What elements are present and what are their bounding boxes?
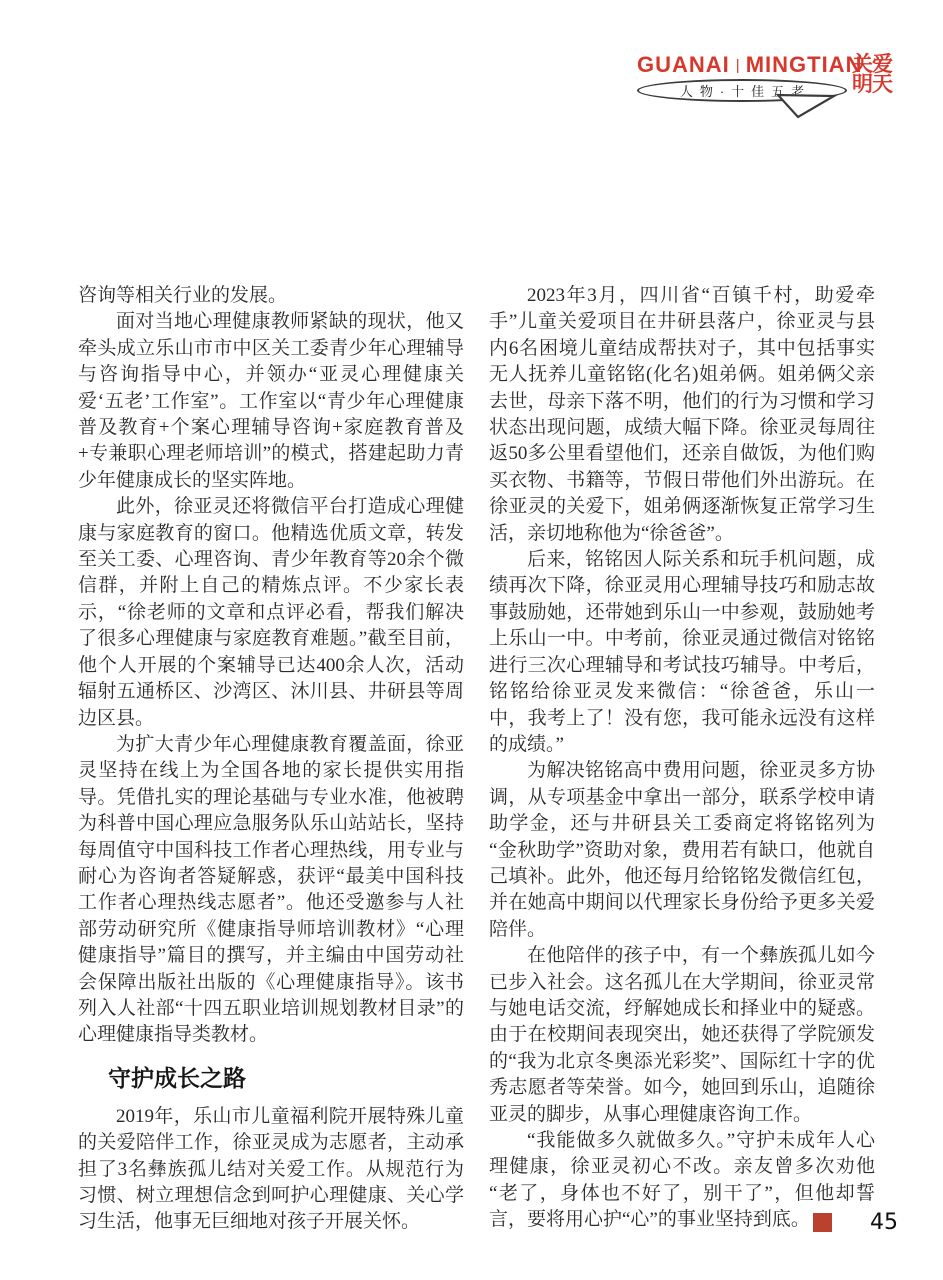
paragraph: 为解决铭铭高中费用问题，徐亚灵多方协调，从专项基金中拿出一部分，联系学校申请助学… (489, 758, 875, 943)
speech-bubble-tail-icon (770, 93, 840, 123)
paragraph: 在他陪伴的孩子中，有一个彝族孤儿如今已步入社会。这名孤儿在大学期间，徐亚灵常与她… (489, 943, 875, 1128)
paragraph: 2023年3月，四川省“百镇千村，助爱牵手”儿童关爱项目在井研县落户，徐亚灵与县… (489, 283, 875, 547)
paragraph: 面对当地心理健康教师紧缺的现状，他又牵头成立乐山市市中区关工委青少年心理辅导与咨… (78, 309, 464, 494)
masthead-mingtian: MINGTIAN (746, 52, 863, 77)
brand-logo-line2: 明天 (852, 75, 896, 95)
magazine-page: GUANAI|MINGTIAN 人物·十佳五老 关爱 明天 咨询等相关行业的发展… (0, 0, 943, 1280)
section-heading: 守护成长之路 (108, 1064, 464, 1092)
brand-logo: 关爱 明天 (852, 55, 896, 95)
article-end-mark: 关 (813, 1213, 832, 1232)
masthead-separator-icon: | (730, 57, 746, 74)
paragraph: 咨询等相关行业的发展。 (78, 283, 464, 309)
article-right-column: 2023年3月，四川省“百镇千村，助爱牵手”儿童关爱项目在井研县落户，徐亚灵与县… (489, 283, 875, 1234)
article-left-column: 咨询等相关行业的发展。面对当地心理健康教师紧缺的现状，他又牵头成立乐山市市中区关… (78, 283, 464, 1236)
masthead: GUANAI|MINGTIAN (637, 52, 862, 78)
page-number: 45 (870, 1210, 898, 1235)
brand-logo-line1: 关爱 (852, 55, 896, 75)
paragraph: 为扩大青少年心理健康教育覆盖面，徐亚灵坚持在线上为全国各地的家长提供实用指导。凭… (78, 732, 464, 1049)
paragraph: 2019年，乐山市儿童福利院开展特殊儿童的关爱陪伴工作，徐亚灵成为志愿者，主动承… (78, 1104, 464, 1236)
paragraph: 此外，徐亚灵还将微信平台打造成心理健康与家庭教育的窗口。他精选优质文章，转发至关… (78, 494, 464, 732)
paragraph: “我能做多久就做多久。”守护未成年人心理健康，徐亚灵初心不改。亲友曾多次劝他“老… (489, 1128, 875, 1234)
masthead-guanai: GUANAI (637, 52, 730, 77)
paragraph: 后来，铭铭因人际关系和玩手机问题，成绩再次下降，徐亚灵用心理辅导技巧和励志故事鼓… (489, 547, 875, 758)
